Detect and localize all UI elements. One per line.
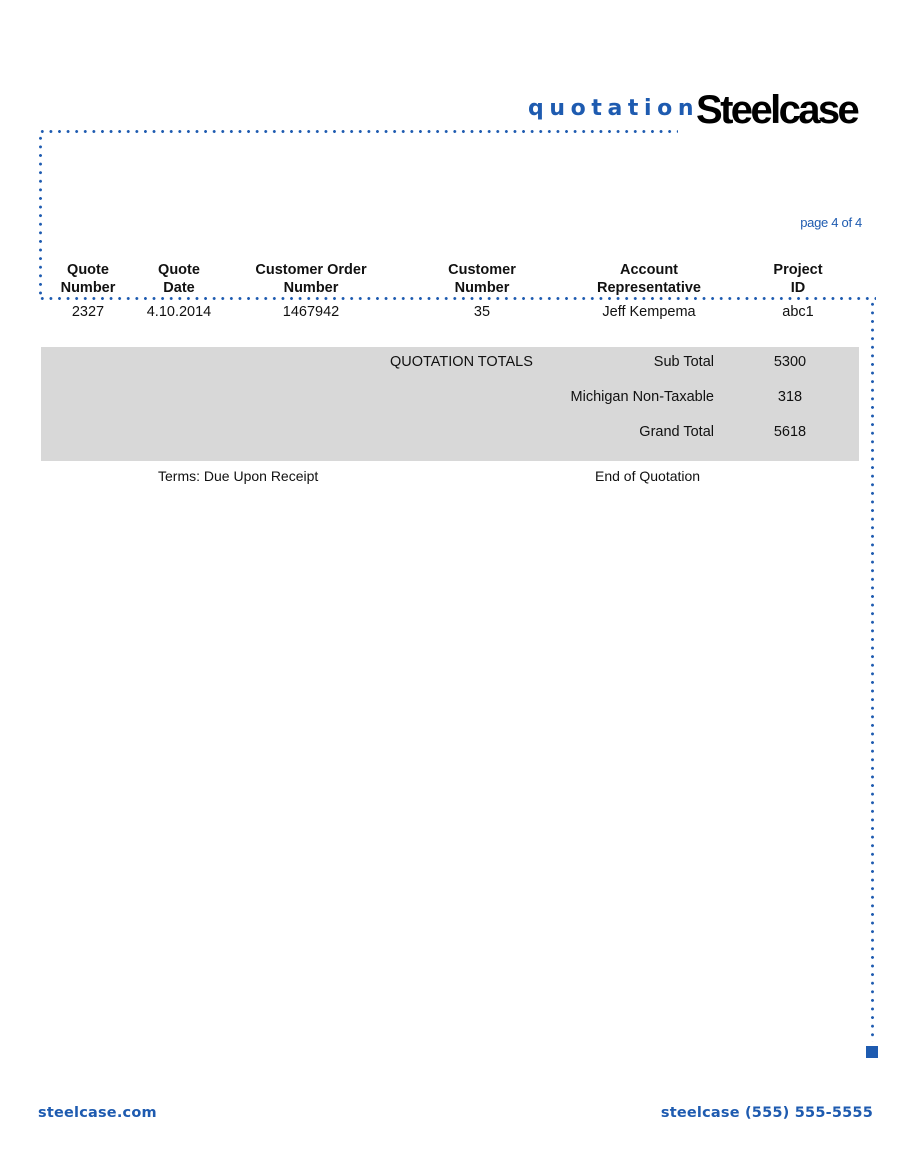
col-header-line2: ID <box>758 279 838 297</box>
grand-total-label: Grand Total <box>514 424 714 440</box>
col-header-line2: Number <box>422 279 542 297</box>
grand-total-value: 5618 <box>750 424 830 440</box>
page-indicator: page 4 of 4 <box>770 215 862 230</box>
cell-quote-number: 2327 <box>48 304 128 320</box>
col-header-quote-number: Quote Number <box>48 261 128 297</box>
cell-project-id: abc1 <box>758 304 838 320</box>
top-dotted-rule <box>38 130 678 133</box>
col-header-line1: Project <box>758 261 838 279</box>
cell-quote-date: 4.10.2014 <box>129 304 229 320</box>
col-header-account-representative: Account Representative <box>579 261 719 297</box>
document-title: quotation <box>528 96 699 121</box>
subtotal-value: 5300 <box>750 354 830 370</box>
right-dotted-rule <box>871 300 874 1042</box>
cell-account-representative: Jeff Kempema <box>569 304 729 320</box>
col-header-line1: Quote <box>48 261 128 279</box>
cell-customer-number: 35 <box>422 304 542 320</box>
col-header-quote-date: Quote Date <box>139 261 219 297</box>
col-header-line1: Quote <box>139 261 219 279</box>
col-header-line1: Account <box>579 261 719 279</box>
col-header-line2: Representative <box>579 279 719 297</box>
col-header-line1: Customer Order <box>236 261 386 279</box>
col-header-line2: Date <box>139 279 219 297</box>
tax-label: Michigan Non-Taxable <box>514 389 714 405</box>
col-header-project-id: Project ID <box>758 261 838 297</box>
website-link[interactable]: steelcase.com <box>38 1105 157 1121</box>
phone-number: steelcase (555) 555-5555 <box>661 1105 873 1121</box>
cell-customer-order-number: 1467942 <box>236 304 386 320</box>
brand-logo: Steelcase <box>696 88 857 133</box>
header-dotted-rule <box>38 297 876 300</box>
col-header-line1: Customer <box>422 261 542 279</box>
end-marker-icon <box>866 1046 878 1058</box>
subtotal-label: Sub Total <box>514 354 714 370</box>
col-header-line2: Number <box>48 279 128 297</box>
end-of-quotation: End of Quotation <box>595 468 700 484</box>
totals-section-label: QUOTATION TOTALS <box>390 354 533 370</box>
left-dotted-rule <box>39 134 42 300</box>
tax-value: 318 <box>750 389 830 405</box>
payment-terms: Terms: Due Upon Receipt <box>158 468 318 484</box>
col-header-customer-order-number: Customer Order Number <box>236 261 386 297</box>
col-header-line2: Number <box>236 279 386 297</box>
col-header-customer-number: Customer Number <box>422 261 542 297</box>
